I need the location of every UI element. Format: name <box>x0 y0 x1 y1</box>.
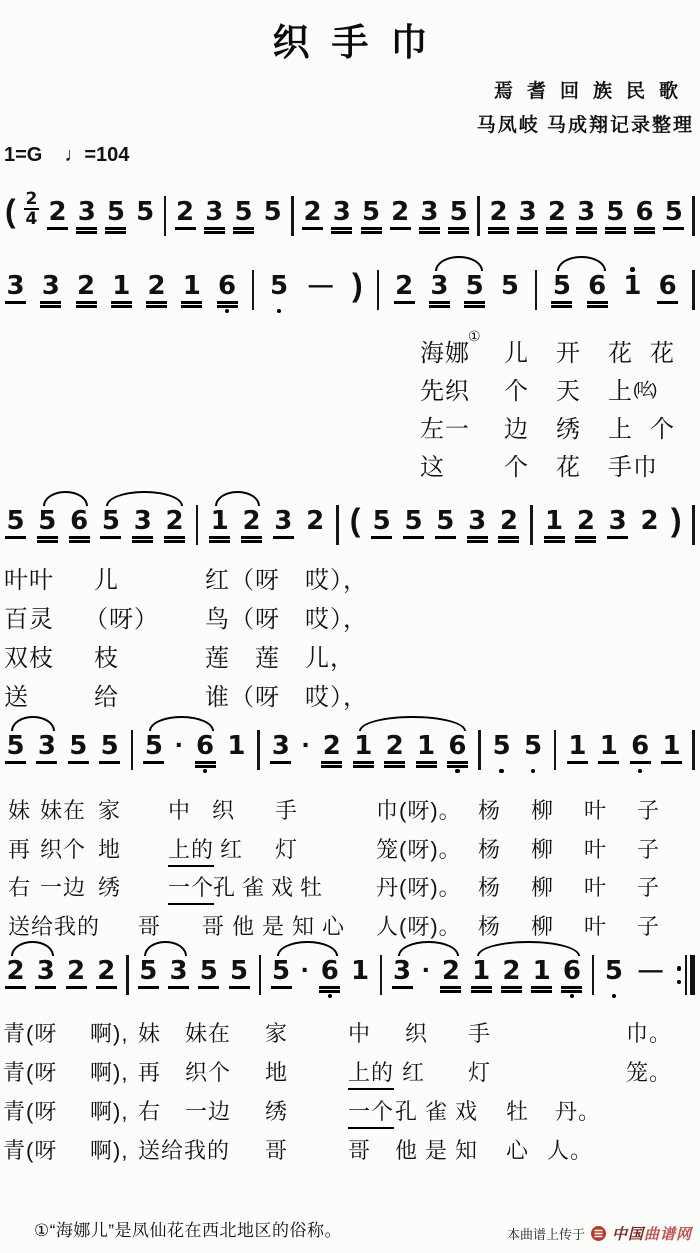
site-name-primary: 中国 <box>612 1226 644 1243</box>
lyric-segment: 妹 <box>138 1017 161 1048</box>
lyric-segment: 啊), <box>90 1095 128 1126</box>
lyric-row: 青(呀啊),右一边绣一个孔雀戏牡丹。 <box>0 1095 700 1127</box>
lyric-segment: 知 <box>455 1134 478 1165</box>
lyric-segment: 绣 <box>265 1095 288 1126</box>
lyric-segment: 心 <box>506 1134 529 1165</box>
lyric-segment: 人。 <box>547 1134 593 1165</box>
lyric-segment: 雀 <box>425 1095 448 1126</box>
lyric-segment: 牡 <box>506 1095 529 1126</box>
footer-credit: 本曲谱上传于 中国曲谱网 <box>507 1223 692 1244</box>
lyric-segment: 他 <box>395 1134 418 1165</box>
lyric-segment: 青(呀 <box>3 1017 57 1048</box>
lyric-segment: 妹在 <box>185 1017 231 1048</box>
lyric-segment: 哥 <box>265 1134 288 1165</box>
lyric-segment: 一边 <box>185 1095 231 1126</box>
lyric-segment: 笼。 <box>626 1056 672 1087</box>
lyrics-block-4: 青(呀啊),妹妹在家中织手巾。青(呀啊),再织个地上的红灯笼。青(呀啊),右一边… <box>0 0 700 1253</box>
lyric-row: 青(呀啊),妹妹在家中织手巾。 <box>0 1017 700 1049</box>
lyric-segment: 再 <box>138 1056 161 1087</box>
lyric-row: 青(呀啊),送给我的哥哥他是知心人。 <box>0 1134 700 1166</box>
lyric-segment: 巾。 <box>626 1017 672 1048</box>
lyric-segment: 地 <box>265 1056 288 1087</box>
lyric-segment: 啊), <box>90 1134 128 1165</box>
lyric-segment: 中 <box>348 1017 371 1048</box>
lyric-segment: 哥 <box>348 1134 371 1165</box>
quput-logo-icon <box>590 1225 607 1242</box>
lyric-segment: 啊), <box>90 1017 128 1048</box>
footnote: ①“海娜儿”是凤仙花在西北地区的俗称。 <box>34 1216 342 1241</box>
lyric-segment: 手 <box>468 1017 491 1048</box>
sheet-music-page: 织手巾 焉耆回族民歌 马凤岐 马成翔记录整理 1=G ♩=104 (242355… <box>0 0 700 1253</box>
lyric-segment: 右 <box>138 1095 161 1126</box>
lyric-segment: 一个 <box>348 1095 394 1129</box>
lyric-segment: 青(呀 <box>3 1134 57 1165</box>
lyric-segment: 青(呀 <box>3 1056 57 1087</box>
lyric-segment: 是 <box>425 1134 448 1165</box>
lyric-segment: 红 <box>402 1056 425 1087</box>
lyric-segment: 送给我的 <box>138 1134 230 1165</box>
lyric-segment: 织个 <box>185 1056 231 1087</box>
site-name-secondary: 曲谱网 <box>644 1226 692 1243</box>
lyric-segment: 青(呀 <box>3 1095 57 1126</box>
site-name: 中国曲谱网 <box>612 1223 692 1244</box>
lyric-segment: 上的 <box>348 1056 394 1090</box>
lyric-segment: 戏 <box>455 1095 478 1126</box>
lyric-segment: 丹。 <box>555 1095 601 1126</box>
lyric-segment: 灯 <box>468 1056 491 1087</box>
lyric-row: 青(呀啊),再织个地上的红灯笼。 <box>0 1056 700 1088</box>
lyric-segment: 家 <box>265 1017 288 1048</box>
upload-credit-text: 本曲谱上传于 <box>507 1224 585 1243</box>
lyric-segment: 孔 <box>395 1095 418 1126</box>
lyric-segment: 啊), <box>90 1056 128 1087</box>
lyric-segment: 织 <box>405 1017 428 1048</box>
